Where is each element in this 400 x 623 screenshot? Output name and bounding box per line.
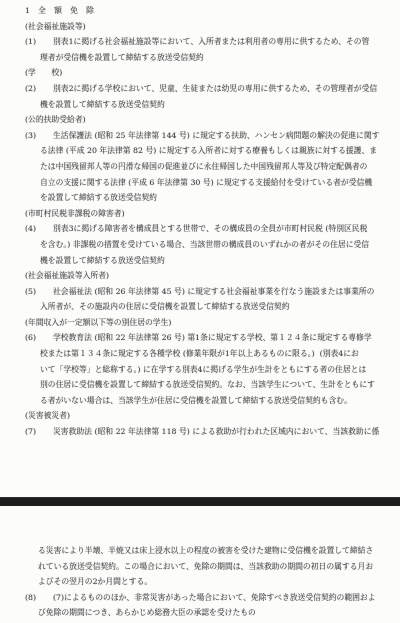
clause-item: (6)学校教育法 (昭和 22 年法律第 26 号) 第1条に規定する学校、第１… — [25, 330, 382, 408]
clause-line: 自立の支援に関する法律 (平成 6 年法律第 30 号) に規定する支援給付を受… — [25, 175, 382, 191]
clause-line: たは中国残留邦人等の円滑な帰国の促進並びに永住帰国した中国残留邦人等及び特定配偶… — [25, 159, 382, 175]
clause-item: (2)別表2に掲げる学校において、児童、生徒または幼児の専用に供するため、その管… — [25, 81, 382, 112]
clause-item: (3)生活保護法 (昭和 25 年法律第 144 号) に規定する扶助、ハンセン… — [25, 128, 382, 206]
clause-item: (5)社会福祉法 (昭和 26 年法律第 45 号) に規定する社会福祉事業を行… — [25, 284, 382, 315]
clause-line: 入所者が、その施設内の住居に受信機を設置して締結する放送受信契約 — [25, 299, 382, 315]
clause-number: (4) — [25, 221, 53, 237]
category-label: (社会福祉施設等) — [25, 19, 382, 35]
page-bottom-content: る災害により半壊、半焼又は床上浸水以上の程度の被害を受けた建物に受信機を設置して… — [25, 543, 382, 621]
clause-line: る法律 (平成 20 年法律第 82 号) に規定する入所者に対する療養もしくは… — [25, 143, 382, 159]
clause-line: よびその翌月の2か月間とする。 — [25, 574, 382, 590]
clause-line: (1)別表1に掲げる社会福祉施設等において、入所者または利用者の専用に供するため… — [25, 34, 382, 50]
clause-line: び免除の期間につき、あらかじめ総務大臣の承認を受けたもの — [25, 605, 382, 621]
clause-number: (3) — [25, 128, 53, 144]
clause-continuation: る災害により半壊、半焼又は床上浸水以上の程度の被害を受けた建物に受信機を設置して… — [25, 543, 382, 590]
document-page-top: 1 全 額 免 除 (社会福祉施設等)(1)別表1に掲げる社会福祉施設等において… — [0, 0, 400, 497]
clause-number: (1) — [25, 34, 53, 50]
scanned-document: 1 全 額 免 除 (社会福祉施設等)(1)別表1に掲げる社会福祉施設等において… — [0, 0, 400, 623]
clause-line: (2)別表2に掲げる学校において、児童、生徒または幼児の専用に供するため、その管… — [25, 81, 382, 97]
clause-line: (4)別表3に掲げる障害者を構成員とする世帯で、その構成員の全員が市町村民税 (… — [25, 221, 382, 237]
clause-line: 校または第１３４条に規定する各種学校 (修業年限が1年以上あるものに限る。) (… — [25, 346, 382, 362]
category-label: (公的扶助受給者) — [25, 112, 382, 128]
clause-item: (8)(7)によるもののほか、非常災害があった場合において、免除すべき放送受信契… — [25, 590, 382, 621]
clause-number: (6) — [25, 330, 53, 346]
clause-line: (8)(7)によるもののほか、非常災害があった場合において、免除すべき放送受信契… — [25, 590, 382, 606]
clause-line: 別の住居に受信機を設置して締結する放送受信契約。なお、当該学生について、生計をと… — [25, 377, 382, 393]
clause-number: (5) — [25, 284, 53, 300]
category-label: (学 校) — [25, 65, 382, 81]
category-label: (社会福祉施設等入所者) — [25, 268, 382, 284]
category-label: (年間収入が一定額以下等の別住居の学生) — [25, 315, 382, 331]
clause-number: (7) — [25, 424, 53, 440]
clause-line: (5)社会福祉法 (昭和 26 年法律第 45 号) に規定する社会福祉事業を行… — [25, 284, 382, 300]
clause-line: る災害により半壊、半焼又は床上浸水以上の程度の被害を受けた建物に受信機を設置して… — [25, 543, 382, 559]
clause-number: (8) — [25, 590, 53, 606]
clause-item: (7)災害救助法 (昭和 22 年法律第 118 号) による救助が行われた区域… — [25, 424, 382, 440]
page-break-bar — [0, 497, 400, 506]
clause-line: 機を設置して締結する放送受信契約 — [25, 97, 382, 113]
clause-line: を設置して締結する放送受信契約 — [25, 190, 382, 206]
clause-line: 機を設置して締結する放送受信契約 — [25, 253, 382, 269]
clause-number: (2) — [25, 81, 53, 97]
clause-line: (3)生活保護法 (昭和 25 年法律第 144 号) に規定する扶助、ハンセン… — [25, 128, 382, 144]
clause-line: (7)災害救助法 (昭和 22 年法律第 118 号) による救助が行われた区域… — [25, 424, 382, 440]
clause-line: (6)学校教育法 (昭和 22 年法律第 26 号) 第1条に規定する学校、第１… — [25, 330, 382, 346]
clause-item: (1)別表1に掲げる社会福祉施設等において、入所者または利用者の専用に供するため… — [25, 34, 382, 65]
clause-line: れている放送受信契約。この場合において、免除の期間は、当該救助の期間の初日の属す… — [25, 559, 382, 575]
category-label: (災害被災者) — [25, 408, 382, 424]
clause-line: る者がいない場合は、当該学生が住居に受信機を設置して締結する放送受信契約も含む。 — [25, 393, 382, 409]
clause-item: (4)別表3に掲げる障害者を構成員とする世帯で、その構成員の全員が市町村民税 (… — [25, 221, 382, 268]
clause-line: 理者が受信機を設置して締結する放送受信契約 — [25, 50, 382, 66]
clause-line: を含む。) 非課税の措置を受けている場合、当該世帯の構成員のいずれかの者がその住… — [25, 237, 382, 253]
page-top-content: (社会福祉施設等)(1)別表1に掲げる社会福祉施設等において、入所者または利用者… — [25, 19, 382, 440]
document-page-bottom: る災害により半壊、半焼又は床上浸水以上の程度の被害を受けた建物に受信機を設置して… — [0, 506, 400, 623]
section-heading: 1 全 額 免 除 — [25, 3, 382, 19]
clause-line: いて「学校等」と総称する。) に在学する別表4に掲げる学生が生計をともにする者の… — [25, 362, 382, 378]
category-label: (市町村民税非課税の障害者) — [25, 206, 382, 222]
